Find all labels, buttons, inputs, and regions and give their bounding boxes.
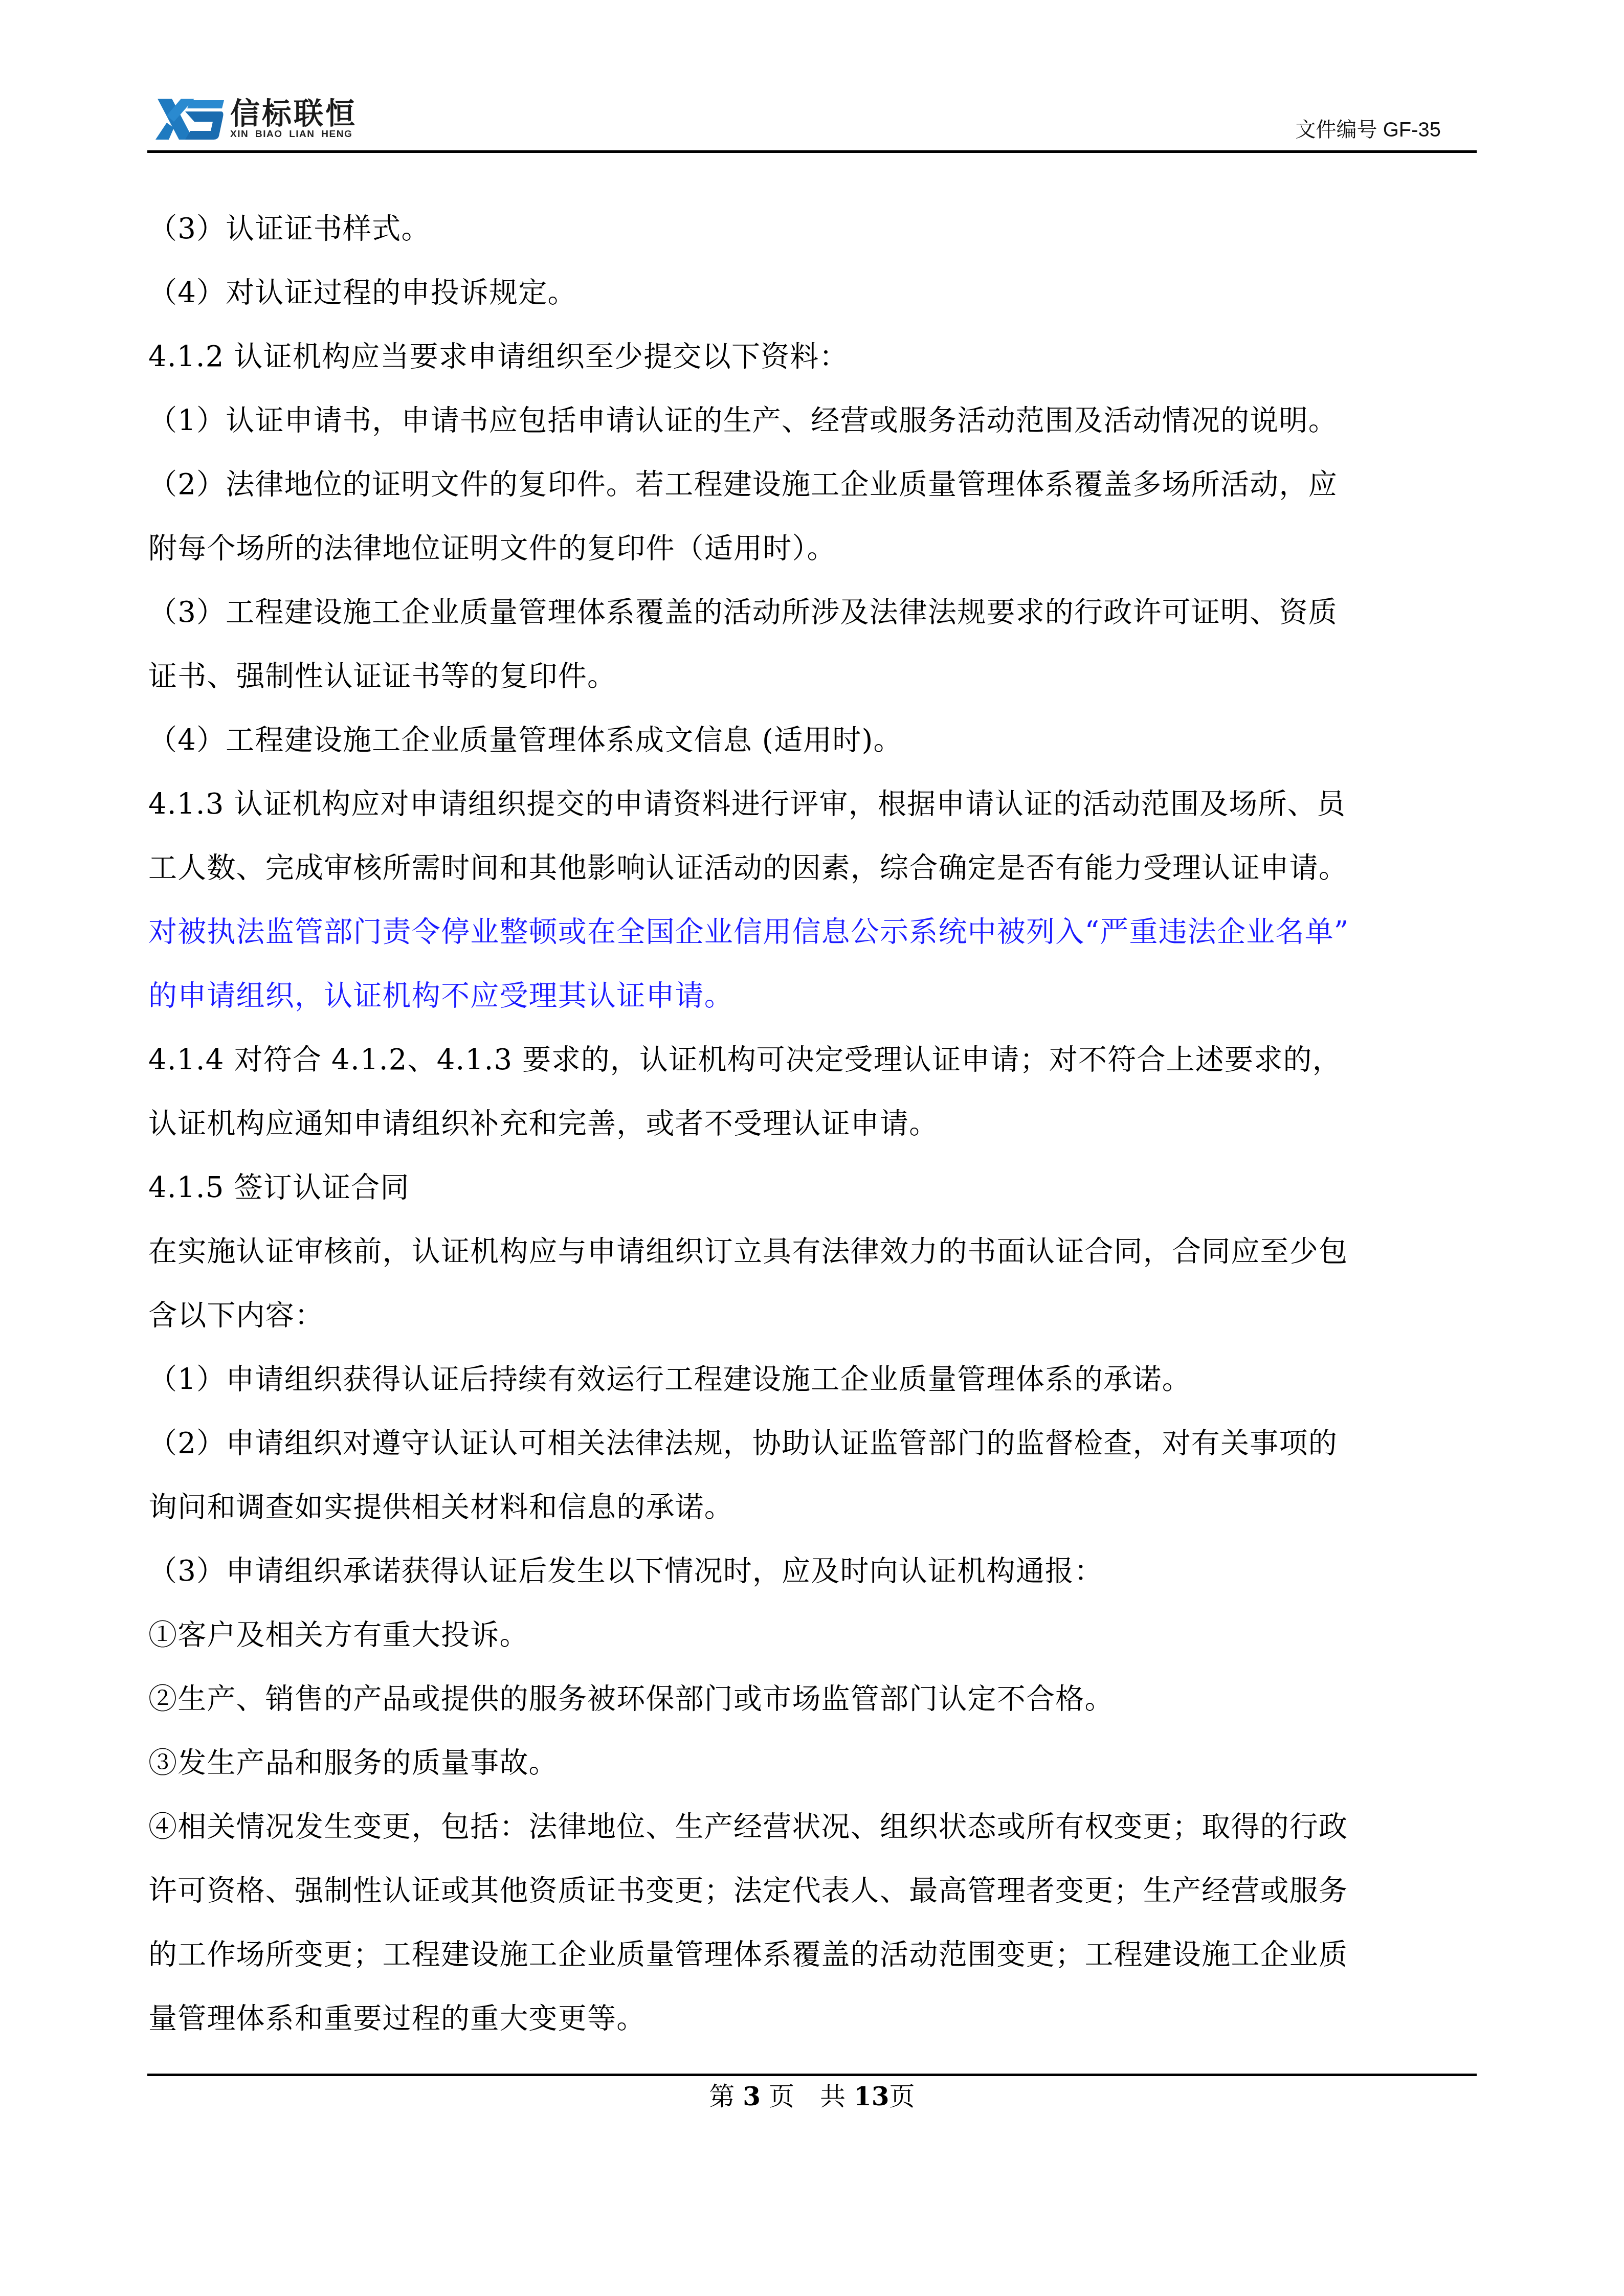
page-mid: 页 共 (769, 2082, 846, 2111)
list-item: ③发生产品和服务的质量事故。 (148, 1743, 1478, 1807)
body-line: 量管理体系和重要过程的重大变更等。 (148, 1998, 1478, 2062)
logo-name-cn: 信标联恒 (230, 98, 357, 129)
company-logo: 信标联恒 XIN BIAO LIAN HENG (153, 95, 357, 143)
body-line: （2）法律地位的证明文件的复印件。若工程建设施工企业质量管理体系覆盖多场所活动，… (148, 464, 1478, 528)
body-line: 的工作场所变更；工程建设施工企业质量管理体系覆盖的活动范围变更；工程建设施工企业… (148, 1934, 1478, 1998)
body-line: （2）申请组织对遵守认证认可相关法律法规，协助认证监管部门的监督检查，对有关事项… (148, 1423, 1478, 1487)
current-page: 3 (743, 2081, 761, 2111)
body-line: 许可资格、强制性认证或其他资质证书变更；法定代表人、最高管理者变更；生产经营或服… (148, 1871, 1478, 1934)
page-prefix: 第 (709, 2082, 735, 2111)
body-line: 工人数、完成审核所需时间和其他影响认证活动的因素，综合确定是否有能力受理认证申请… (148, 848, 1478, 912)
total-pages: 13 (854, 2081, 889, 2111)
body-line: （4）对认证过程的申投诉规定。 (148, 273, 1478, 336)
body-line: 含以下内容： (148, 1295, 1478, 1359)
body-line: （1）申请组织获得认证后持续有效运行工程建设施工企业质量管理体系的承诺。 (148, 1359, 1478, 1423)
body-line: 附每个场所的法律地位证明文件的复印件（适用时）。 (148, 528, 1478, 592)
list-item: ④相关情况发生变更，包括：法律地位、生产经营状况、组织状态或所有权变更；取得的行… (148, 1807, 1478, 1871)
page-header: 信标联恒 XIN BIAO LIAN HENG 文件编号 GF-35 (147, 87, 1477, 151)
body-line: （3）工程建设施工企业质量管理体系覆盖的活动所涉及法律法规要求的行政许可证明、资… (148, 592, 1478, 656)
body-line: （4）工程建设施工企业质量管理体系成文信息 (适用时)。 (148, 720, 1478, 784)
body-line: 证书、强制性认证证书等的复印件。 (148, 656, 1478, 720)
section-heading-4-1-3: 4.1.3 认证机构应对申请组织提交的申请资料进行评审，根据申请认证的活动范围及… (148, 784, 1478, 848)
header-divider (147, 150, 1477, 153)
page-number: 第 3 页 共 13页 (0, 2081, 1624, 2112)
section-heading-4-1-2: 4.1.2 认证机构应当要求申请组织至少提交以下资料： (148, 336, 1478, 400)
section-heading-4-1-5: 4.1.5 签订认证合同 (148, 1167, 1478, 1231)
page-suffix: 页 (889, 2082, 915, 2111)
body-line: （1）认证申请书，申请书应包括申请认证的生产、经营或服务活动范围及活动情况的说明… (148, 400, 1478, 464)
highlighted-line: 的申请组织，认证机构不应受理其认证申请。 (148, 976, 1478, 1040)
footer-divider (147, 2074, 1477, 2076)
body-line: （3）申请组织承诺获得认证后发生以下情况时，应及时向认证机构通报： (148, 1551, 1478, 1615)
body-line: （3）认证证书样式。 (148, 209, 1478, 273)
body-line: 询问和调查如实提供相关材料和信息的承诺。 (148, 1487, 1478, 1551)
list-item: ①客户及相关方有重大投诉。 (148, 1615, 1478, 1679)
list-item: ②生产、销售的产品或提供的服务被环保部门或市场监管部门认定不合格。 (148, 1679, 1478, 1743)
document-number: 文件编号 GF-35 (1296, 114, 1441, 143)
xb-logo-icon (153, 96, 225, 142)
body-line: 在实施认证审核前，认证机构应与申请组织订立具有法律效力的书面认证合同，合同应至少… (148, 1231, 1478, 1295)
section-heading-4-1-4: 4.1.4 对符合 4.1.2、4.1.3 要求的，认证机构可决定受理认证申请；… (148, 1040, 1478, 1104)
body-line: 认证机构应通知申请组织补充和完善，或者不受理认证申请。 (148, 1104, 1478, 1167)
highlighted-line: 对被执法监管部门责令停业整顿或在全国企业信用信息公示系统中被列入“严重违法企业名… (148, 912, 1478, 976)
document-body: （3）认证证书样式。 （4）对认证过程的申投诉规定。 4.1.2 认证机构应当要… (148, 209, 1478, 2062)
logo-name-en: XIN BIAO LIAN HENG (230, 129, 357, 140)
